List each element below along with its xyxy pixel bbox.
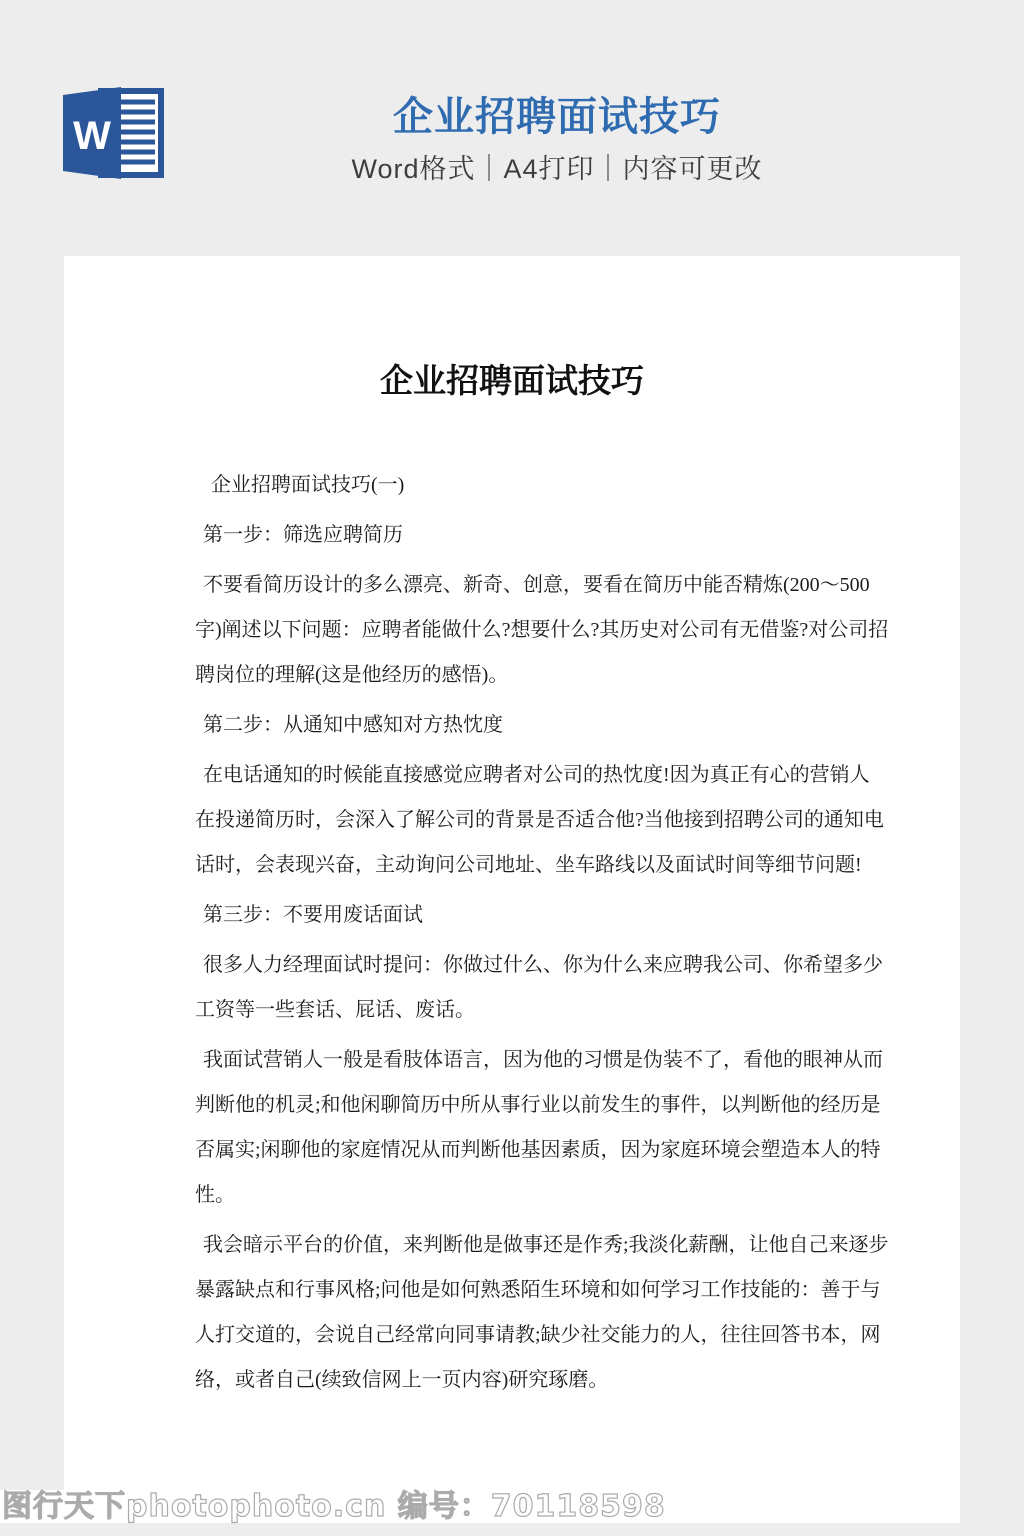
paragraph: 我会暗示平台的价值，来判断他是做事还是作秀;我淡化薪酬，让他自己来逐步暴露缺点和… [195,1223,889,1403]
text-line: 第二步：从通知中感知对方热忱度 [195,703,889,748]
paragraph: 很多人力经理面试时提问：你做过什么、你为什么来应聘我公司、你希望多少工资等一些套… [195,943,889,1033]
paragraph: 第二步：从通知中感知对方热忱度 [195,703,889,748]
text-line: 话时，会表现兴奋，主动询问公司地址、坐车路线以及面试时间等细节问题! [195,843,889,888]
text-line: 络，或者自己(续致信网上一页内容)研究琢磨。 [195,1358,889,1403]
word-icon: W [63,85,167,181]
text-line: 暴露缺点和行事风格;问他是如何熟悉陌生环境和如何学习工作技能的：善于与 [195,1268,889,1313]
header-subtitle: Word格式｜A4打印｜内容可更改 [186,153,928,185]
text-line: 我面试营销人一般是看肢体语言，因为他的习惯是伪装不了，看他的眼神从而 [195,1038,889,1083]
document-page: 企业招聘面试技巧 企业招聘面试技巧(一)第一步：筛选应聘简历不要看简历设计的多么… [64,256,960,1522]
paragraph: 我面试营销人一般是看肢体语言，因为他的习惯是伪装不了，看他的眼神从而判断他的机灵… [195,1038,889,1218]
text-line: 字)阐述以下问题：应聘者能做什么?想要什么?其历史对公司有无借鉴?对公司招 [195,608,889,653]
text-line: 否属实;闲聊他的家庭情况从而判断他基因素质，因为家庭环境会塑造本人的特 [195,1128,889,1173]
text-line: 性。 [195,1173,889,1218]
text-line: 不要看简历设计的多么漂亮、新奇、创意，要看在简历中能否精炼(200～500 [195,563,889,608]
text-line: 在电话通知的时候能直接感觉应聘者对公司的热忱度!因为真正有心的营销人 [195,753,889,798]
paragraph: 企业招聘面试技巧(一) [195,463,889,508]
text-line: 第三步：不要用废话面试 [195,893,889,938]
watermark-site: 图行天下photophoto.cn [2,1489,386,1524]
text-line: 人打交道的，会说自己经常向同事请教;缺少社交能力的人，往往回答书本，网 [195,1313,889,1358]
document-title: 企业招聘面试技巧 [64,361,960,403]
text-line: 判断他的机灵;和他闲聊简历中所从事行业以前发生的事件，以判断他的经历是 [195,1083,889,1128]
paragraph: 不要看简历设计的多么漂亮、新奇、创意，要看在简历中能否精炼(200～500字)阐… [195,563,889,698]
svg-text:W: W [73,114,111,158]
document-body: 企业招聘面试技巧(一)第一步：筛选应聘简历不要看简历设计的多么漂亮、新奇、创意，… [195,463,889,1408]
paragraph: 第一步：筛选应聘简历 [195,513,889,558]
word-icon-graphic: W [63,85,167,181]
header-title: 企业招聘面试技巧 [186,94,928,140]
paragraph: 第三步：不要用废话面试 [195,893,889,938]
text-line: 第一步：筛选应聘简历 [195,513,889,558]
text-line: 我会暗示平台的价值，来判断他是做事还是作秀;我淡化薪酬，让他自己来逐步 [195,1223,889,1268]
text-line: 聘岗位的理解(这是他经历的感悟)。 [195,653,889,698]
template-preview-page: W 企业招聘面试技巧 Word格式｜A4打印｜内容可更改 企业招聘面试技巧 企业… [0,0,1024,1536]
text-line: 很多人力经理面试时提问：你做过什么、你为什么来应聘我公司、你希望多少 [195,943,889,988]
text-line: 企业招聘面试技巧(一) [195,463,889,508]
text-line: 工资等一些套话、屁话、废话。 [195,988,889,1033]
watermark-id: 编号：70118598 [398,1489,666,1524]
watermark-bar: 图行天下photophoto.cn 编号：70118598 [0,1490,960,1523]
paragraph: 在电话通知的时候能直接感觉应聘者对公司的热忱度!因为真正有心的营销人在投递简历时… [195,753,889,888]
header-text-block: 企业招聘面试技巧 Word格式｜A4打印｜内容可更改 [186,94,928,185]
text-line: 在投递简历时，会深入了解公司的背景是否适合他?当他接到招聘公司的通知电 [195,798,889,843]
